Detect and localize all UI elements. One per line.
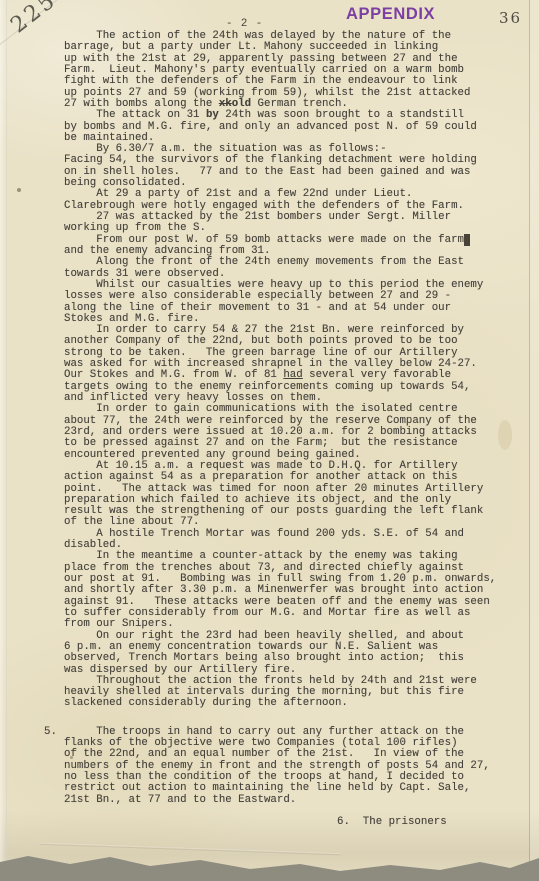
text-line: A hostile Trench Mortar was found 200 yd… [64,529,539,540]
folio-number: 36 [499,9,522,27]
document-body: The action of the 24th was delayed by th… [0,31,539,828]
section-number: 5. [44,727,57,738]
appendix-stamp: APPENDIX [346,5,435,24]
text-line: slackened considerably during the aftern… [64,698,539,709]
page-number: - 2 - [226,18,263,30]
text-line: 21st Bn., at 77 and to the Eastward. [64,795,539,806]
paper-crease-bottom [40,843,340,855]
text-line: 6. The prisoners [337,817,539,828]
document-page: 225 - 2 - APPENDIX 36 The action of the … [0,0,539,881]
